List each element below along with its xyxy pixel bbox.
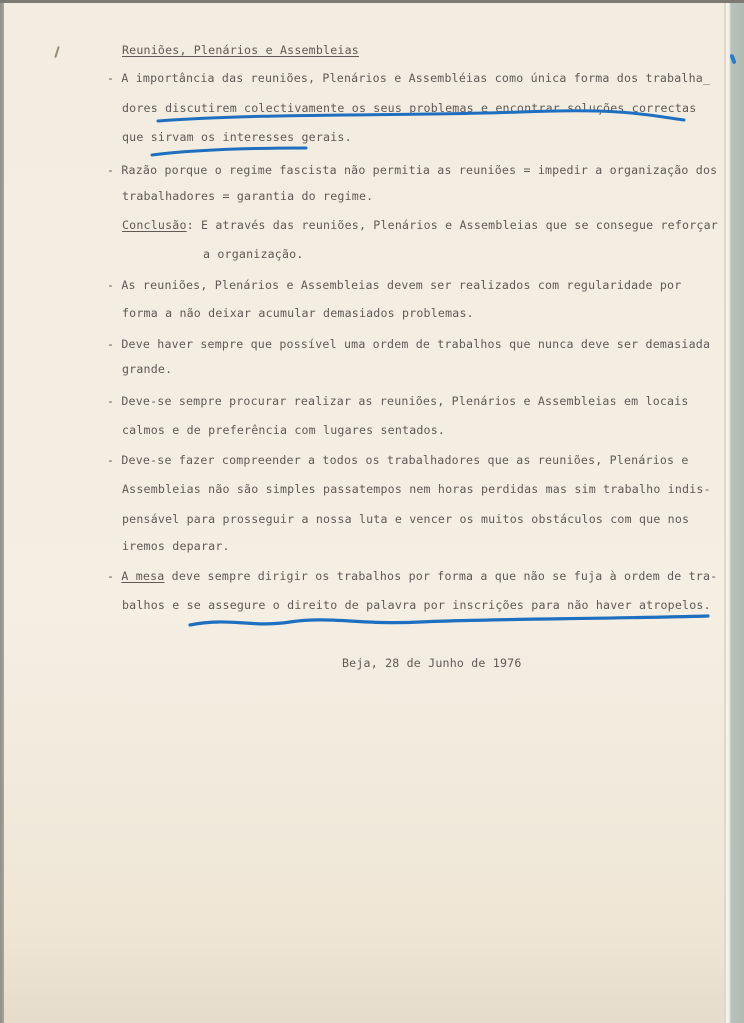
document-title: Reuniões, Plenários e Assembleias — [122, 42, 359, 58]
bullet-6: - Deve-se fazer compreender a todos os t… — [107, 452, 689, 468]
line-17: iremos deparar. — [122, 538, 230, 554]
bullet-1: - A importância das reuniões, Plenários … — [107, 70, 710, 86]
typewritten-text: Reuniões, Plenários e Assembleias - A im… — [0, 0, 744, 1023]
line-16: pensável para prosseguir a nossa luta e … — [122, 511, 689, 527]
line-19: balhos e se assegure o direito de palavr… — [122, 597, 711, 613]
line-11: grande. — [122, 361, 172, 377]
conclusion-line: Conclusão: E através das reuniões, Plená… — [122, 217, 718, 233]
line-9: forma a não deixar acumular demasiados p… — [122, 305, 474, 321]
bullet-4: - Deve haver sempre que possível uma ord… — [107, 336, 710, 352]
bullet-7: - A mesa deve sempre dirigir os trabalho… — [107, 568, 717, 584]
line-15: Assembleias não são simples passatempos … — [122, 481, 711, 497]
line-13: calmos e de preferência com lugares sent… — [122, 422, 445, 438]
line-2: dores discutirem colectivamente os seus … — [122, 100, 696, 116]
line-7: a organização. — [203, 246, 304, 262]
bullet-3: - As reuniões, Plenários e Assembleias d… — [107, 277, 681, 293]
signature-date: Beja, 28 de Junho de 1976 — [342, 655, 522, 671]
conclusion-label: Conclusão — [122, 218, 187, 232]
bullet-5: - Deve-se sempre procurar realizar as re… — [107, 393, 689, 409]
a-mesa-label: A mesa — [121, 569, 164, 583]
line-5: trabalhadores = garantia do regime. — [122, 188, 373, 204]
bullet-2: - Razão porque o regime fascista não per… — [107, 162, 717, 178]
line-3: que sirvam os interesses gerais. — [122, 129, 352, 145]
